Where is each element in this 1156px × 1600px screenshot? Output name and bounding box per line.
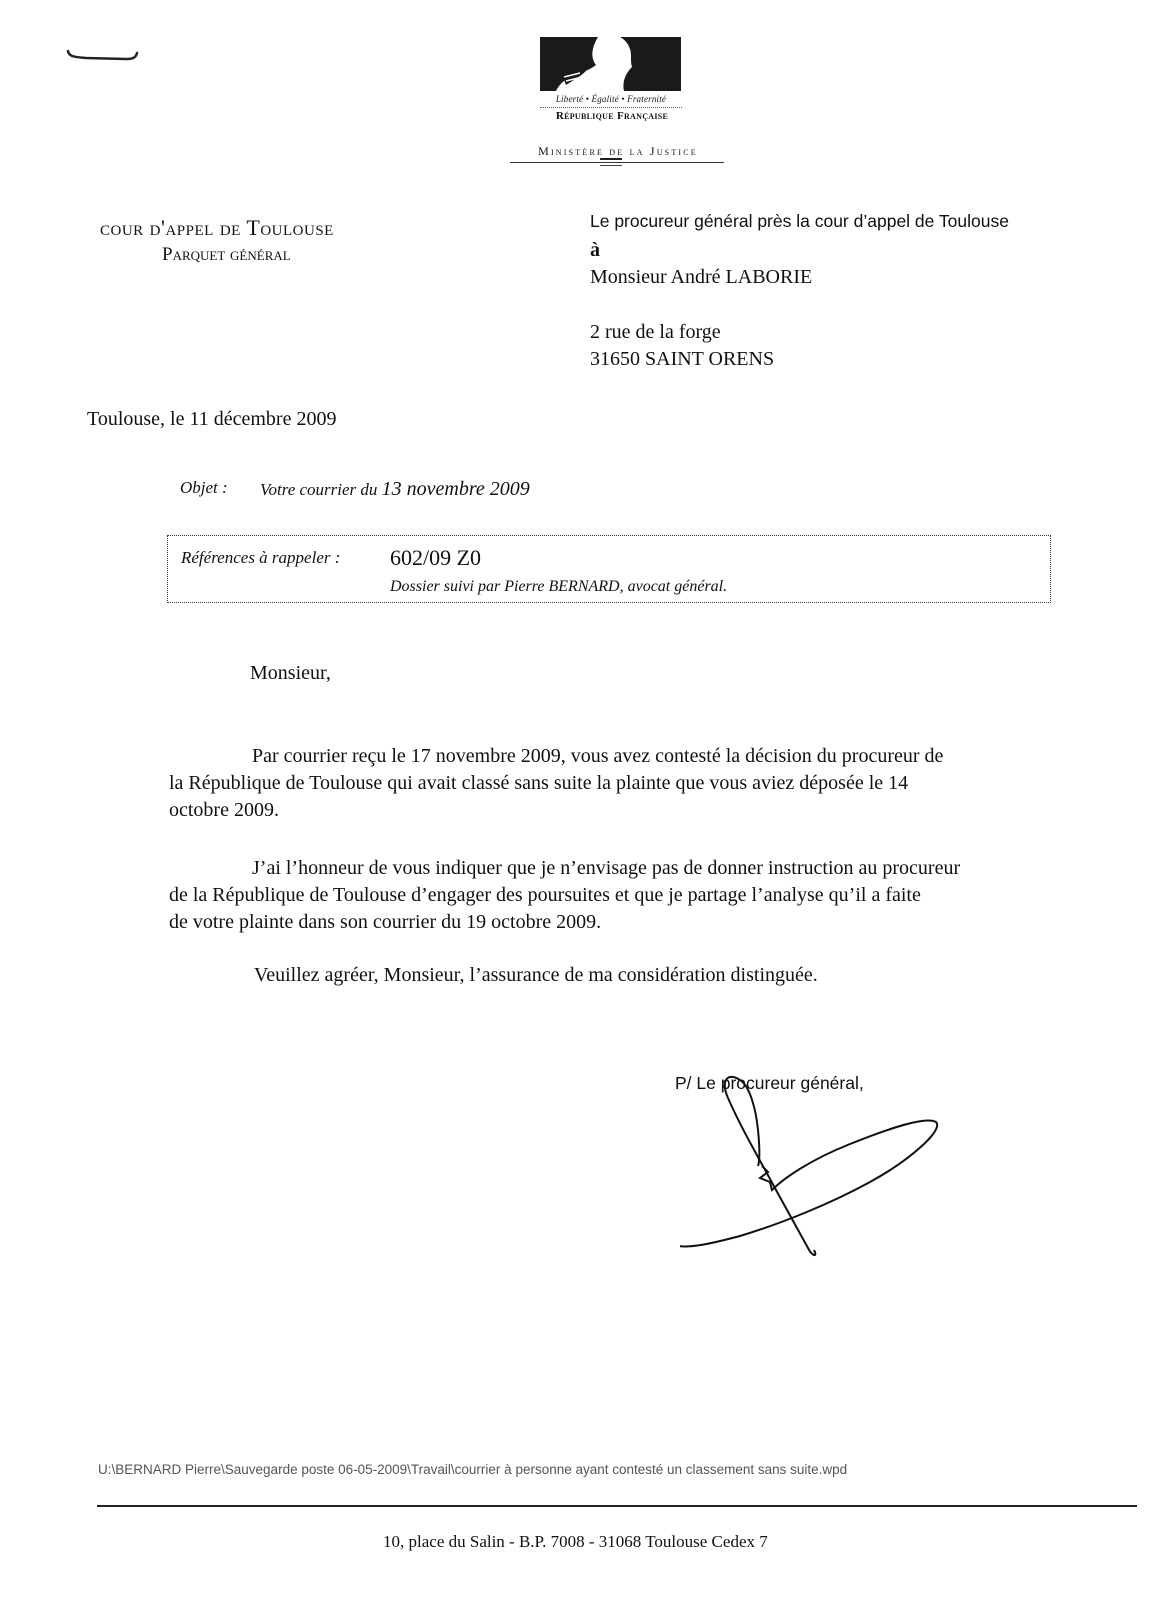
subject-prefix: Votre courrier du	[260, 480, 382, 499]
paragraph-2-line: J’ai l’honneur de vous indiquer que je n…	[252, 857, 960, 880]
file-path: U:\BERNARD Pierre\Sauvegarde poste 06-05…	[98, 1462, 847, 1477]
date-line: Toulouse, le 11 décembre 2009	[87, 408, 336, 431]
paragraph-1-line: la République de Toulouse qui avait clas…	[169, 772, 908, 795]
ministry-name: Ministère de la Justice	[512, 144, 724, 159]
subject-date: 13 novembre 2009	[382, 478, 530, 500]
salutation: Monsieur,	[250, 662, 331, 685]
paragraph-2-line: de votre plainte dans son courrier du 19…	[169, 911, 601, 934]
ministry-divider-accent	[600, 165, 622, 166]
motto: Liberté • Égalité • Fraternité	[538, 94, 684, 104]
recipient-city: 31650 SAINT ORENS	[590, 348, 774, 371]
recipient-street: 2 rue de la forge	[590, 321, 721, 344]
sender-department: Parquet général	[162, 244, 291, 266]
pen-mark-icon	[66, 48, 140, 62]
motto-divider	[540, 107, 682, 108]
to-word: à	[590, 239, 600, 262]
from-line: Le procureur général près la cour d’appe…	[590, 211, 1009, 232]
paragraph-1-line: Par courrier reçu le 17 novembre 2009, v…	[252, 745, 943, 768]
reference-label: Références à rappeler :	[181, 548, 340, 568]
recipient-name: Monsieur André LABORIE	[590, 266, 812, 289]
ministry-divider	[510, 162, 724, 163]
footer-address: 10, place du Salin - B.P. 7008 - 31068 T…	[383, 1532, 768, 1552]
subject-label: Objet :	[180, 478, 228, 498]
marianne-logo-icon	[540, 37, 681, 91]
reference-number: 602/09 Z0	[390, 545, 481, 571]
handwritten-signature-icon	[680, 1050, 980, 1280]
footer-divider	[97, 1505, 1137, 1507]
ministry-divider-accent	[600, 158, 622, 160]
republic-name: République Française	[532, 110, 692, 122]
sender-court: cour d'appel de Toulouse	[100, 215, 334, 241]
paragraph-2-line: de la République de Toulouse d’engager d…	[169, 884, 921, 907]
reference-handler: Dossier suivi par Pierre BERNARD, avocat…	[390, 578, 727, 596]
subject-value: Votre courrier du 13 novembre 2009	[260, 478, 530, 501]
paragraph-1-line: octobre 2009.	[169, 799, 279, 822]
closing-formula: Veuillez agréer, Monsieur, l’assurance d…	[254, 964, 818, 987]
